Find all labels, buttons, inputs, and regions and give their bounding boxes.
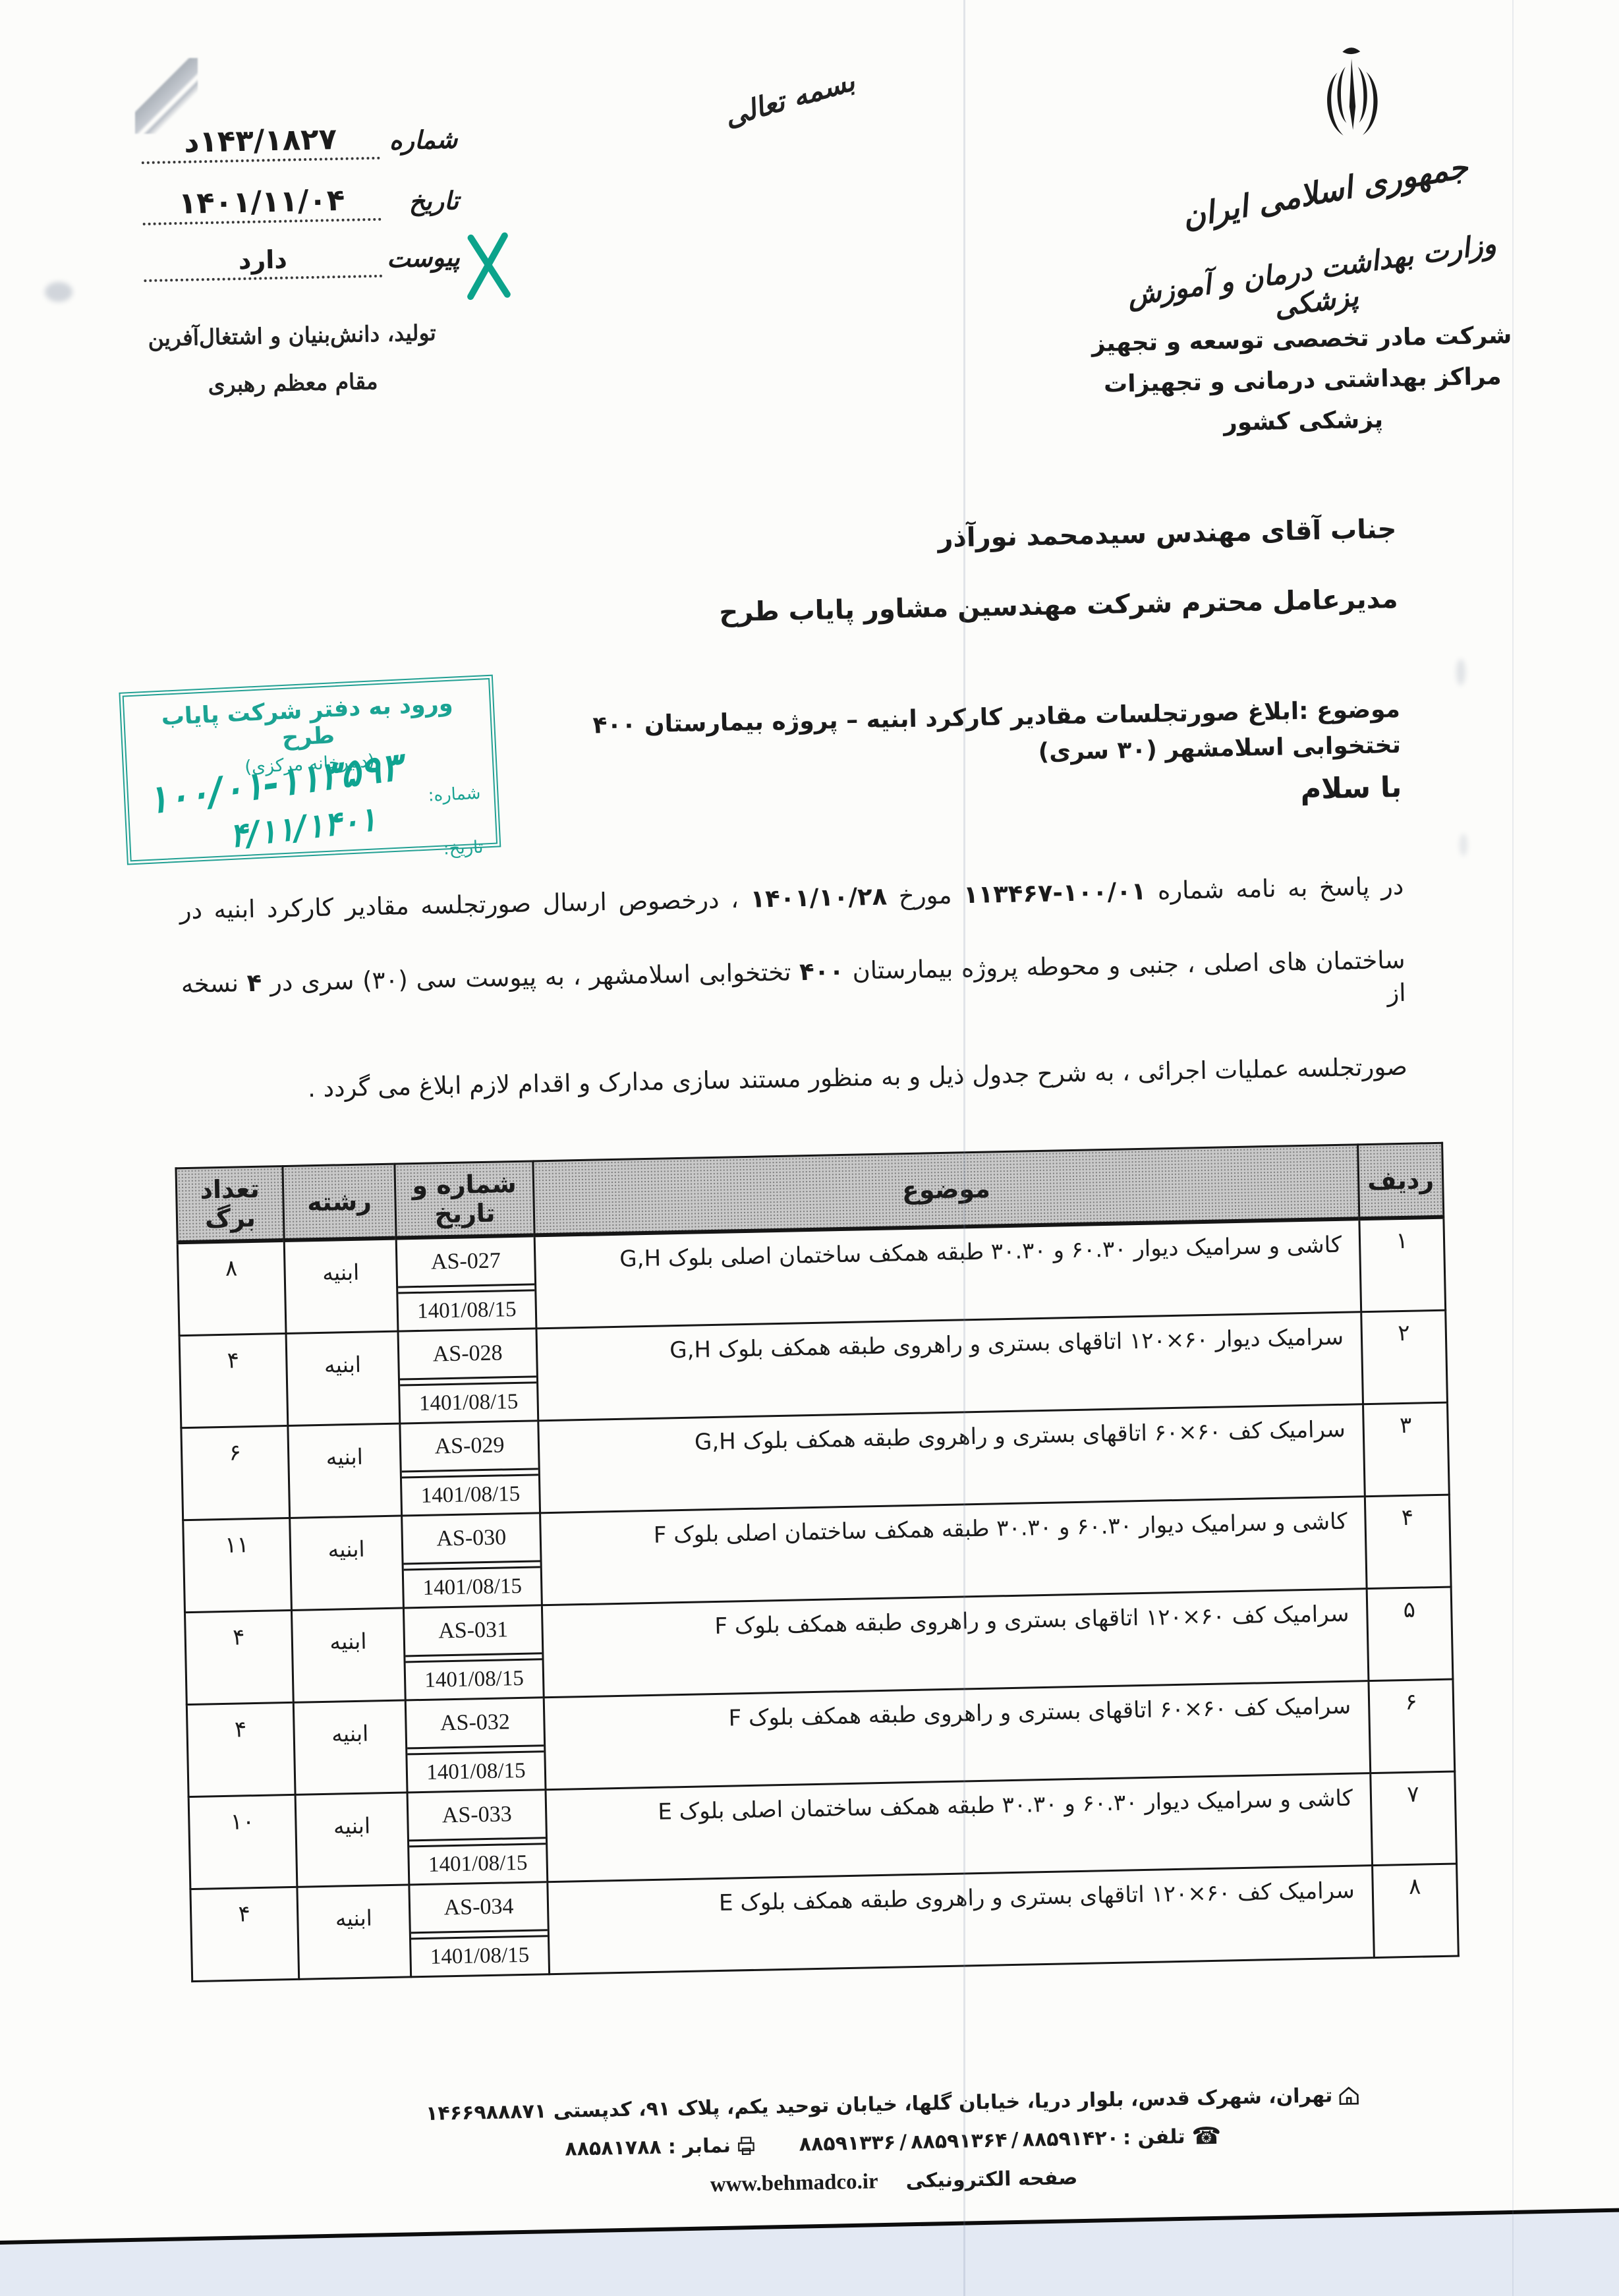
organization-line2: مراکز بهداشتی درمانی و تجهیزات پزشکی کشو… <box>1065 356 1541 447</box>
body-line-3: صورتجلسه عملیات اجرائی ، به شرح جدول ذیل… <box>183 1050 1408 1108</box>
cell-row-number: ۵ <box>1367 1587 1453 1681</box>
number-label: شماره <box>380 124 458 159</box>
cell-discipline: ابنیه <box>297 1885 411 1979</box>
minutes-date: 1401/08/15 <box>402 1474 539 1514</box>
cell-row-number: ۱ <box>1359 1217 1446 1312</box>
cell-row-number: ۸ <box>1373 1864 1459 1958</box>
attachment-value: دارد <box>238 245 287 275</box>
cell-subject: سرامیک کف ‎۶۰×۶۰‎ اتاقهای بستری و راهروی… <box>538 1404 1365 1513</box>
cell-row-number: ۴ <box>1365 1495 1451 1589</box>
cell-subject: کاشی و سرامیک دیوار ۶۰.۳۰ و ۳۰.۳۰ طبقه ه… <box>540 1497 1367 1605</box>
attachment-row: پیوست دارد <box>143 241 460 282</box>
date-label: تاریخ <box>381 185 459 220</box>
footer-spacer <box>762 2144 793 2145</box>
fax-label: نمابر : <box>667 2135 731 2159</box>
cell-row-number: ۶ <box>1369 1679 1455 1773</box>
cell-subject: سرامیک دیوار ‎۱۲۰×۶۰‎ اتاقهای بستری و را… <box>536 1312 1363 1421</box>
minutes-code: AS-032 <box>407 1698 544 1749</box>
iran-emblem-icon <box>1317 41 1388 156</box>
footer-address: تهران، شهرک قدس، بلوار دریا، خیابان گلها… <box>426 2084 1333 2125</box>
letter-body: در پاسخ به نامه شماره ۱۰۰/۰۱-۱۱۳۴۶۷ مورخ… <box>179 870 1408 1149</box>
cell-number-date: AS-027 1401/08/15 <box>396 1235 536 1331</box>
staple-mark <box>135 58 198 134</box>
minutes-date: 1401/08/15 <box>406 1658 543 1699</box>
footer-phones: تلفن :۸۸۵۹۱۴۲۰/۸۸۵۹۱۳۶۴/۸۸۵۹۱۳۳۶ <box>799 2125 1185 2156</box>
attachment-label: پیوست <box>382 242 460 277</box>
minutes-code: AS-031 <box>405 1606 542 1657</box>
worklist-table: ردیف موضوع شماره و تاریخ رشته تعداد برگ … <box>175 1142 1457 1982</box>
recipient-block: جناب آقای مهندس سیدمحمد نورآذر مدیرعامل … <box>548 494 1399 651</box>
minutes-date: 1401/08/15 <box>398 1289 535 1330</box>
cell-number-date: AS-028 1401/08/15 <box>398 1329 538 1423</box>
minutes-code: AS-033 <box>409 1791 546 1841</box>
receipt-stamp: ورود به دفتر شرکت پایاب طرح (دبیرخانه مر… <box>119 675 501 865</box>
cell-sheet-count: ۴ <box>190 1887 299 1981</box>
cell-number-date: AS-030 1401/08/15 <box>402 1513 542 1608</box>
year-slogan-line2: مقام معظم رهبری <box>128 356 458 410</box>
footer-website-line: صفحه الکترونیکی www.behmadco.ir <box>297 2158 1490 2206</box>
cell-subject: کاشی و سرامیک دیوار ۶۰.۳۰ و ۳۰.۳۰ طبقه ه… <box>534 1219 1361 1329</box>
letter-page: بسمه تعالی جمهوری اسلامی ایران وزارت بهد… <box>0 0 1619 2245</box>
minutes-code: AS-029 <box>401 1421 538 1472</box>
cell-number-date: AS-032 1401/08/15 <box>405 1698 546 1793</box>
cell-sheet-count: ۸ <box>177 1240 286 1336</box>
cell-discipline: ابنیه <box>291 1608 405 1702</box>
body-line-1: در پاسخ به نامه شماره ۱۰۰/۰۱-۱۱۳۴۶۷ مورخ… <box>179 870 1404 927</box>
cell-number-date: AS-031 1401/08/15 <box>403 1605 544 1700</box>
website-url: www.behmadco.ir <box>710 2169 878 2197</box>
minutes-date: 1401/08/15 <box>411 1935 548 1976</box>
scan-smudge <box>45 282 72 302</box>
cell-sheet-count: ۱۱ <box>183 1518 292 1612</box>
scan-smudge <box>1456 659 1465 685</box>
cell-discipline: ابنیه <box>288 1423 402 1518</box>
minutes-date: 1401/08/15 <box>404 1566 541 1607</box>
cell-sheet-count: ۴ <box>185 1610 293 1704</box>
number-value: ۱۴۳/۱۸۲۷د <box>184 121 337 159</box>
cell-subject: سرامیک کف ‎۶۰×۶۰‎ اتاقهای بستری و راهروی… <box>544 1681 1371 1790</box>
cell-sheet-count: ۴ <box>186 1702 295 1796</box>
organization-name: شرکت مادر تخصصی توسعه و تجهیز مراکز بهدا… <box>1064 315 1541 447</box>
header-number-date: شماره و تاریخ <box>395 1161 534 1238</box>
minutes-code: AS-034 <box>410 1883 547 1934</box>
year-slogan: تولید، دانش‌بنیان و اشتغال‌آفرین مقام مع… <box>127 308 458 410</box>
date-value: ۱۴۰۱/۱۱/۰۴ <box>178 183 345 221</box>
cell-discipline: ابنیه <box>286 1331 400 1425</box>
subject-line: موضوع :ابلاغ صورتجلسات مقادیر کارکرد ابن… <box>538 692 1402 780</box>
fax-number: ۸۸۵۸۱۷۸۸ <box>565 2136 662 2161</box>
salutation: با سلام <box>1212 771 1402 808</box>
cell-sheet-count: ۱۰ <box>188 1794 297 1889</box>
year-slogan-line1: تولید، دانش‌بنیان و اشتغال‌آفرین <box>127 308 457 362</box>
worklist-table-body: ۱ کاشی و سرامیک دیوار ۶۰.۳۰ و ۳۰.۳۰ طبقه… <box>177 1217 1458 1982</box>
cell-row-number: ۷ <box>1371 1771 1457 1866</box>
cell-discipline: ابنیه <box>295 1793 409 1887</box>
minutes-date: 1401/08/15 <box>400 1381 537 1422</box>
besmele-calligraphy: بسمه تعالی <box>684 54 895 144</box>
cell-subject: سرامیک کف ‎۱۲۰×۶۰‎ اتاقهای بستری و راهرو… <box>548 1866 1375 1974</box>
cell-subject: سرامیک کف ‎۱۲۰×۶۰‎ اتاقهای بستری و راهرو… <box>542 1589 1369 1698</box>
date-line: ۱۴۰۱/۱۱/۰۴ <box>142 182 382 225</box>
website-label: صفحه الکترونیکی <box>905 2166 1077 2193</box>
minutes-code: AS-027 <box>397 1237 534 1288</box>
cell-row-number: ۳ <box>1363 1402 1450 1497</box>
cell-discipline: ابنیه <box>293 1700 407 1794</box>
minutes-date: 1401/08/15 <box>407 1750 544 1791</box>
scan-smudge <box>1460 834 1467 856</box>
minutes-code: AS-030 <box>403 1514 540 1564</box>
attachment-line: دارد <box>143 243 382 282</box>
cell-sheet-count: ۴ <box>179 1333 288 1427</box>
cell-number-date: AS-034 1401/08/15 <box>409 1882 550 1977</box>
minutes-date: 1401/08/15 <box>409 1843 546 1883</box>
header-row-number: ردیف <box>1358 1143 1444 1219</box>
cell-discipline: ابنیه <box>284 1238 398 1334</box>
scanned-letter-screenshot: { "document_type": "scanned official let… <box>0 0 1619 2296</box>
letter-date-row: تاریخ ۱۴۰۱/۱۱/۰۴ <box>142 180 459 225</box>
cell-number-date: AS-029 1401/08/15 <box>400 1421 540 1516</box>
body-line-2: ساختمان های اصلی ، جنبی و محوطه پروژه بی… <box>181 944 1406 1034</box>
cell-subject: کاشی و سرامیک دیوار ۶۰.۳۰ و ۳۰.۳۰ طبقه ه… <box>546 1773 1373 1882</box>
address-home-icon <box>1339 2086 1359 2105</box>
minutes-code: AS-028 <box>399 1329 536 1380</box>
header-discipline: رشته <box>283 1164 396 1240</box>
cell-discipline: ابنیه <box>290 1516 404 1610</box>
cell-number-date: AS-033 1401/08/15 <box>407 1790 548 1885</box>
header-sheet-count: تعداد برگ <box>176 1166 284 1243</box>
attachment-check-icon <box>462 231 515 299</box>
phone-icon: ☎ <box>1191 2123 1222 2150</box>
letter-footer: تهران، شهرک قدس، بلوار دریا، خیابان گلها… <box>296 2081 1491 2219</box>
cell-sheet-count: ۶ <box>181 1425 290 1520</box>
letter-meta-block: شماره ۱۴۳/۱۸۲۷د تاریخ ۱۴۰۱/۱۱/۰۴ پیوست د… <box>141 119 461 304</box>
cell-row-number: ۲ <box>1361 1310 1448 1404</box>
republic-calligraphy: جمهوری اسلامی ایران <box>1160 145 1491 239</box>
fax-icon <box>737 2136 756 2155</box>
